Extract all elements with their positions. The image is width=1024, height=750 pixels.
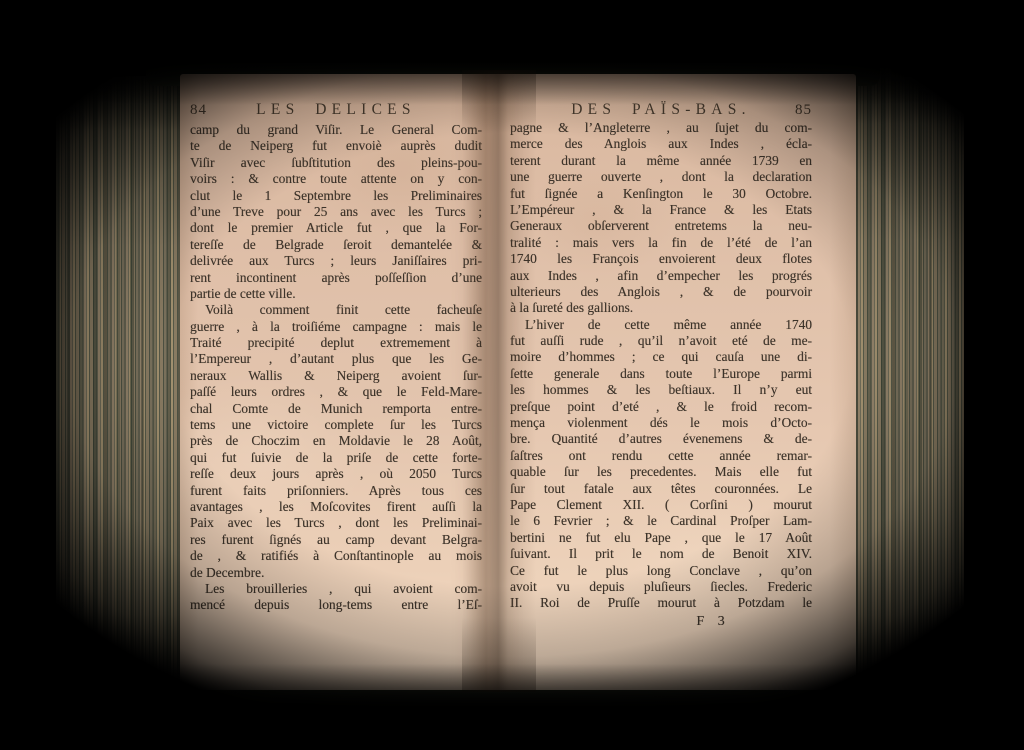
text-line: d’une Treve pour 25 ans avec les Turcs ; — [190, 204, 482, 220]
text-line: terent durant la même année 1739 en — [510, 153, 812, 169]
right-running-head: DES PAÏS-BAS. 85 — [510, 101, 812, 119]
text-line: res furent ſignés au camp devant Belgra- — [190, 532, 482, 548]
text-line: qui fut ſuivie de la priſe de cette fort… — [190, 450, 482, 466]
text-line: camp du grand Viſir. Le General Com- — [190, 122, 482, 138]
text-line: l’Empereur , d’autant plus que les Ge- — [190, 351, 482, 367]
text-line: fut ſignée a Kenſington le 30 Octobre. — [510, 186, 812, 202]
text-line: te de Neiperg fut envoiè auprès dudit — [190, 138, 482, 154]
text-line: bertini ne fut elu Pape , que le 17 Août — [510, 530, 812, 546]
text-line: avoit vu depuis pluſieurs ſiecles. Frede… — [510, 579, 812, 595]
left-page: 84 LES DELICES camp du grand Viſir. Le G… — [180, 74, 486, 690]
text-line: près de Choczim en Moldavie le 28 Août, — [190, 433, 482, 449]
text-line: quable ſur les precedentes. Mais elle fu… — [510, 464, 812, 480]
text-line: tems une victoire complete ſur les Turcs — [190, 417, 482, 433]
text-line: reſſe deux jours après , où 2050 Turcs — [190, 466, 482, 482]
text-line: Pape Clement XII. ( Corſini ) mourut — [510, 497, 812, 513]
left-page-number: 84 — [190, 102, 232, 119]
text-line: preſque point d’eté , & le froid recom- — [510, 399, 812, 415]
text-line: moire d’hommes ; ce qui cauſa une di- — [510, 349, 812, 365]
text-line: ſur tout fatale aux têtes couronnées. Le — [510, 481, 812, 497]
text-line: L’hiver de cette même année 1740 — [510, 317, 812, 333]
right-page: DES PAÏS-BAS. 85 pagne & l’Angleterre , … — [486, 74, 856, 690]
text-line: dont le premier Article fut , que la For… — [190, 220, 482, 236]
right-running-title: DES PAÏS-BAS. — [552, 101, 770, 119]
text-line: ſuivant. Il prit le nom de Benoit XIV. — [510, 546, 812, 562]
text-line: Paix avec les Turcs , dont les Prelimina… — [190, 515, 482, 531]
fore-edge-left — [56, 76, 192, 688]
text-line: pagne & l’Angleterre , au ſujet du com- — [510, 120, 812, 136]
right-page-body: pagne & l’Angleterre , au ſujet du com-m… — [510, 120, 812, 612]
text-line: tralité : mais vers la fin de l’été de l… — [510, 235, 812, 251]
text-line: les hommes & les beſtiaux. Il n’y eut — [510, 382, 812, 398]
text-line: tereſſe de Belgrade ſeroit demantelée & — [190, 237, 482, 253]
text-line: guerre , à la troiſiéme campagne : mais … — [190, 319, 482, 335]
text-line: L’Empéreur , & la France & les Etats — [510, 202, 812, 218]
text-line: neraux Wallis & Neiperg avoient ſur- — [190, 368, 482, 384]
left-running-head: 84 LES DELICES — [190, 101, 482, 119]
text-line: de , & ratifiés à Conſtantinople au mois — [190, 548, 482, 564]
text-line: ulterieurs des Anglois , & de pourvoir — [510, 284, 812, 300]
text-line: delivrée aux Turcs ; leurs Janiſſaires p… — [190, 253, 482, 269]
book-photograph: 84 LES DELICES camp du grand Viſir. Le G… — [0, 0, 1024, 750]
text-line: le 6 Fevrier ; & le Cardinal Proſper Lam… — [510, 513, 812, 529]
text-line: une guerre ouverte , dont la declaration — [510, 169, 812, 185]
text-line: ſaſtres ont rendu cette année remar- — [510, 448, 812, 464]
text-line: Generaux obſerverent entretems la neu- — [510, 218, 812, 234]
text-line: merce des Anglois aux Indes , écla- — [510, 136, 812, 152]
text-line: Voilà comment finit cette facheuſe — [190, 302, 482, 318]
text-line: à la ſureté des gallions. — [510, 300, 812, 316]
fore-edge-right — [844, 68, 964, 690]
left-running-title: LES DELICES — [232, 101, 440, 119]
text-line: paſſé leurs ordres , & que le Feld-Mare- — [190, 384, 482, 400]
text-line: Viſir avec ſubſtitution des pleins-pou- — [190, 155, 482, 171]
text-line: Ce fut le plus long Conclave , qu’on — [510, 563, 812, 579]
text-line: 1740 les François envoierent deux flotes — [510, 251, 812, 267]
text-line: bre. Quantité d’autres évenemens & de- — [510, 431, 812, 447]
text-line: Les brouilleries , qui avoient com- — [190, 581, 482, 597]
text-line: partie de cette ville. — [190, 286, 482, 302]
text-line: chal Comte de Munich remporta entre- — [190, 401, 482, 417]
text-line: clut le 1 Septembre les Preliminaires — [190, 188, 482, 204]
text-line: de Decembre. — [190, 565, 482, 581]
signature-mark: F 3 — [562, 614, 864, 630]
text-line: II. Roi de Pruſſe mourut à Potzdam le — [510, 595, 812, 611]
text-line: ſette generale dans toute l’Europe parmi — [510, 366, 812, 382]
text-line: furent faits priſonniers. Après tous ces — [190, 483, 482, 499]
right-page-number: 85 — [770, 102, 812, 119]
open-book: 84 LES DELICES camp du grand Viſir. Le G… — [50, 26, 966, 718]
text-line: fut auſſi rude , qu’il n’avoit eté de me… — [510, 333, 812, 349]
left-page-body: camp du grand Viſir. Le General Com-te d… — [190, 122, 482, 614]
text-line: aux Indes , afin d’empecher les progrés — [510, 268, 812, 284]
text-line: mença violenment dés le mois d’Octo- — [510, 415, 812, 431]
text-line: mencé depuis long-tems entre l’Eſ- — [190, 597, 482, 613]
text-line: Traité precipité deplut extremement à — [190, 335, 482, 351]
text-line: rent incontinent après poſſeſſion d’une — [190, 270, 482, 286]
text-line: avantages , les Moſcovites firent auſſi … — [190, 499, 482, 515]
text-line: voirs : & contre toute attente on y con- — [190, 171, 482, 187]
